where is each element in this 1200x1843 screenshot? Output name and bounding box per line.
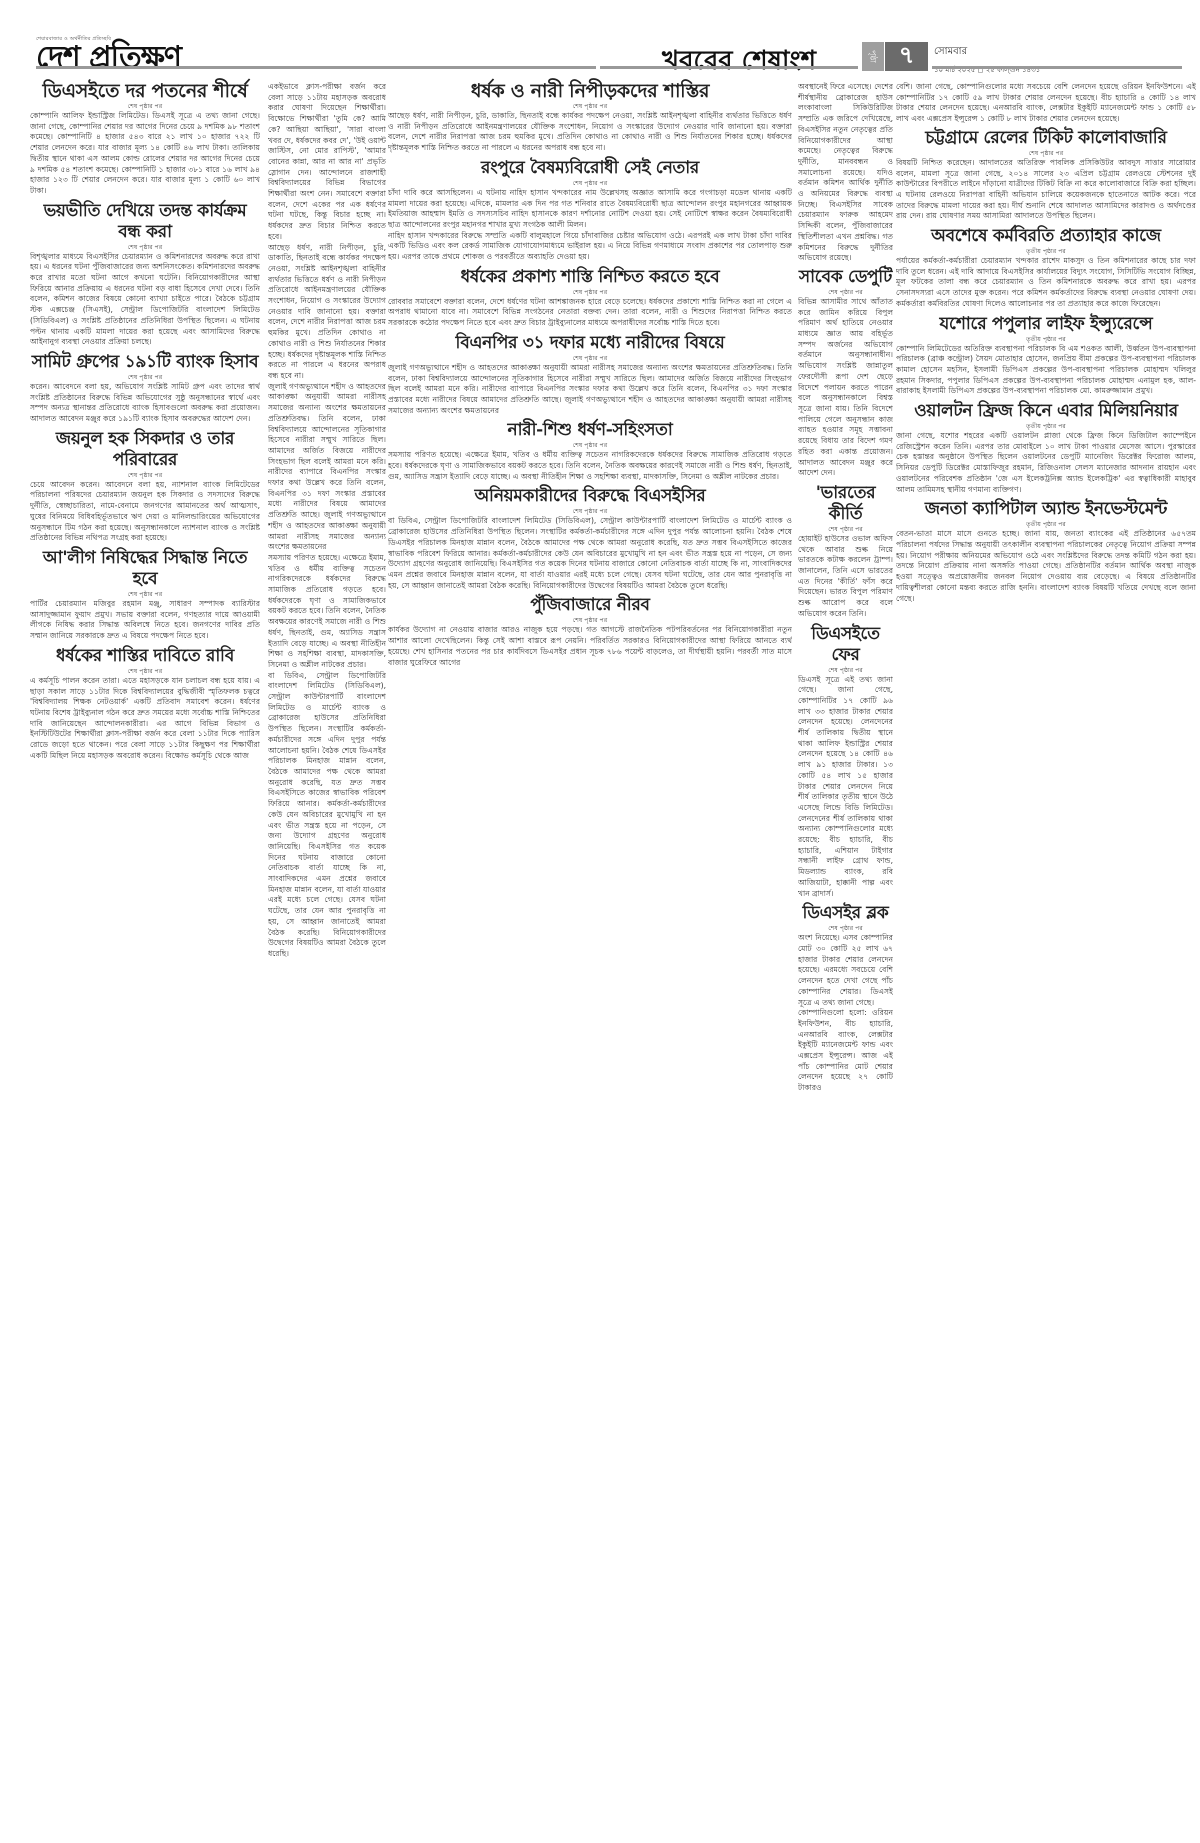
column-1: ডিএসইতে দর পতনের শীর্ষে শেষ পৃষ্ঠার পর ক…: [30, 78, 260, 1843]
article-employees-return[interactable]: অবশেষে কর্মবিরতি প্রত্যাহার কাজে তৃতীয় …: [896, 226, 1196, 310]
article-rapist-public-punishment[interactable]: ধর্ষকের প্রকাশ্য শাস্তি নিশ্চিত করতে হবে…: [388, 267, 792, 329]
article-body: জুলাই গণঅভ্যুত্থানে শহীদ ও আহতদের আকাঙ্ক…: [388, 363, 792, 417]
continued-label: শেষ পৃষ্ঠার পর: [388, 441, 792, 450]
article-body: পার্টির চেয়ারম্যান মজিবুর রহমান মঞ্জু, …: [30, 599, 260, 642]
continued-label: শেষ পৃষ্ঠার পর: [388, 288, 792, 297]
dateline: সোমবার ১০ মার্চ ২০২৫ ◻ ২৫ ফাল্গুন ১৪৩১: [934, 44, 1040, 76]
article-paragraph: অংশ নিয়েছে। এসব কোম্পানির মোট ৩০ কোটি ২…: [798, 933, 893, 1008]
column-3: ধর্ষক ও নারী নিপীড়কদের শাস্তির শেষ পৃষ্…: [388, 78, 792, 1843]
article-former-deputy[interactable]: সাবেক ডেপুটি শেষ পৃষ্ঠার পর বিভিন্ন আসাম…: [798, 267, 893, 479]
article-body: বিভিন্ন আসামীর সাথে আঁতাত করে জামিন করিয…: [798, 297, 893, 479]
article-dse-again[interactable]: ডিএসইতে ফের শেষ পৃষ্ঠার পর ডিএসই সূত্রে …: [798, 624, 893, 900]
continued-label: তৃতীয় পৃষ্ঠার পর: [896, 335, 1196, 344]
continued-label: শেষ পৃষ্ঠার পর: [30, 667, 260, 676]
article-summit-bank[interactable]: সামিট গ্রুপের ১৯১টি ব্যাংক হিসাব শেষ পৃষ…: [30, 352, 260, 425]
article-body: রোববার সমাবেশে বক্তারা বলেন, দেশে ধর্ষণে…: [388, 297, 792, 329]
headline[interactable]: ডিএসইতে দর পতনের শীর্ষে: [30, 81, 260, 102]
masthead-rule-right: [932, 66, 1182, 69]
headline[interactable]: জনতা ক্যাপিটাল অ্যান্ড ইনভেস্টমেন্ট: [896, 499, 1196, 520]
headline[interactable]: ধর্ষকের প্রকাশ্য শাস্তি নিশ্চিত করতে হবে: [388, 267, 792, 288]
article-body: জানা গেছে, যশোর শহরের একটি ওয়ালটন প্লাজ…: [896, 431, 1196, 495]
article-body: কোম্পানি লিমিটেডের অতিরিক্ত ব্যবস্থাপনা …: [896, 344, 1196, 398]
article-body: কোম্পানি আলিফ ইন্ডাস্ট্রিজ লিমিটেড। ডিএস…: [30, 111, 260, 197]
article-walton-fridge[interactable]: ওয়ালটন ফ্রিজ কিনে এবার মিলিয়নিয়ার তৃত…: [896, 401, 1196, 495]
article-paragraph: কোম্পানিগুলো হলো: ওরিয়ন ইনফিউশন, বীচ হ্…: [798, 1008, 893, 1094]
headline[interactable]: ধর্ষকের শাস্তির দাবিতে রাবি: [30, 646, 260, 667]
headline[interactable]: যশোরে পপুলার লাইফ ইন্স্যুরেন্সে: [896, 314, 1196, 335]
article-janata-capital[interactable]: জনতা ক্যাপিটাল অ্যান্ড ইনভেস্টমেন্ট তৃতী…: [896, 499, 1196, 604]
article-ctg-ticket[interactable]: চট্টগ্রামে রেলের টিকিট কালোবাজারি শেষ পৃ…: [896, 128, 1196, 222]
article-rangpur-leader[interactable]: রংপুরে বৈষম্যবিরোধী সেই নেতার শেষ পৃষ্ঠা…: [388, 158, 792, 263]
headline[interactable]: অবশেষে কর্মবিরতি প্রত্যাহার কাজে: [896, 226, 1196, 247]
article-paragraph: নাহিদ হাসান খন্দকারের বিরুদ্ধে সম্প্রতি …: [388, 231, 792, 263]
headline[interactable]: জয়নুল হক সিকদার ও তার পরিবারের: [30, 429, 260, 471]
article-body: করেন। আবেদনে বলা হয়, অভিযোগ সংশ্লিষ্ট স…: [30, 382, 260, 425]
article-body: বিষয়টি নিশ্চিত করেছেন। আদালতের অতিরিক্ত…: [896, 158, 1196, 222]
headline[interactable]: রংপুরে বৈষম্যবিরোধী সেই নেতার: [388, 158, 792, 179]
article-body: কার্যকর উদ্যোগ না নেওয়ায় বাজার আরও নাজ…: [388, 625, 792, 668]
article-women-child-rape[interactable]: নারী-শিশু ধর্ষণ-সহিংসতা শেষ পৃষ্ঠার পর স…: [388, 420, 792, 482]
article-rapist-demand[interactable]: ধর্ষকের শাস্তির দাবিতে রাবি শেষ পৃষ্ঠার …: [30, 646, 260, 762]
headline[interactable]: ভয়ভীতি দেখিয়ে তদন্ত কার্যক্রম বন্ধ করা: [30, 201, 260, 243]
article-body: আছেড় ধর্ষণ, নারী নিপীড়ন, চুরি, ডাকাতি,…: [388, 111, 792, 154]
continued-label: শেষ পৃষ্ঠার পর: [798, 924, 893, 933]
continued-label: তৃতীয় পৃষ্ঠার পর: [896, 520, 1196, 529]
continued-label: তৃতীয় পৃষ্ঠার পর: [896, 247, 1196, 256]
article-body: ডিএসই সূত্রে এই তথ্য জানা গেছে। জানা গেছ…: [798, 675, 893, 900]
page-number: ৭: [885, 42, 928, 71]
continued-label: শেষ পৃষ্ঠার পর: [30, 373, 260, 382]
article-body-continuation: একইভাবে ক্লাস-পরীক্ষা বর্জন করে বেলা সাড…: [268, 82, 386, 243]
masthead-rule-left: [36, 66, 596, 69]
headline[interactable]: সামিট গ্রুপের ১৯১টি ব্যাংক হিসাব: [30, 352, 260, 373]
article-body: বেতন-ভাতা মাসে মাসে গুনতে হচ্ছে। জানা যা…: [896, 529, 1196, 604]
headline[interactable]: নারী-শিশু ধর্ষণ-সহিংসতা: [388, 420, 792, 441]
continued-label: শেষ পৃষ্ঠার পর: [388, 179, 792, 188]
article-body: চাঁদা দাবি করে আসছিলেন। এ ঘটনায় নাহিদ হ…: [388, 188, 792, 263]
article-rapist-punishment[interactable]: ধর্ষক ও নারী নিপীড়কদের শাস্তির শেষ পৃষ্…: [388, 81, 792, 154]
masthead: শেয়ারবাজার ও অর্থনীতির প্রতিচ্ছবি দেশ প…: [0, 0, 1200, 72]
continued-label: শেষ পৃষ্ঠার পর: [798, 288, 893, 297]
column-5: বেশি। জানা গেছে, কোম্পানিগুলোর মধ্যে সবচ…: [896, 82, 1196, 1843]
article-paragraph: চাঁদা দাবি করে আসছিলেন। এ ঘটনায় নাহিদ হ…: [388, 188, 792, 231]
continued-label: শেষ পৃষ্ঠার পর: [798, 666, 893, 675]
article-dse-block[interactable]: ডিএসইর ব্লক শেষ পৃষ্ঠার পর অংশ নিয়েছে। …: [798, 903, 893, 1094]
continued-label: তৃতীয় পৃষ্ঠার পর: [896, 422, 1196, 431]
masthead-rule-mid: [600, 66, 858, 69]
headline[interactable]: পুঁজিবাজারে নীরব: [388, 595, 792, 616]
headline[interactable]: বিএনপির ৩১ দফার মধ্যে নারীদের বিষয়ে: [388, 333, 792, 354]
continued-label: শেষ পৃষ্ঠার পর: [798, 525, 893, 534]
article-body-continuation: বেশি। জানা গেছে, কোম্পানিগুলোর মধ্যে সবচ…: [896, 82, 1196, 125]
article-body-continuation: আছেড় ধর্ষণ, নারী নিপীড়ন, চুরি, ডাকাতি,…: [268, 243, 386, 382]
continued-label: শেষ পৃষ্ঠার পর: [896, 149, 1196, 158]
headline[interactable]: ধর্ষক ও নারী নিপীড়কদের শাস্তির: [388, 81, 792, 102]
article-body: বা ডিবিএ, সেন্ট্রাল ডিপোজিটরি বাংলাদেশ ল…: [388, 516, 792, 591]
continued-label: শেষ পৃষ্ঠার পর: [30, 102, 260, 111]
continued-label: শেষ পৃষ্ঠার পর: [30, 590, 260, 599]
article-fear-investigation[interactable]: ভয়ভীতি দেখিয়ে তদন্ত কার্যক্রম বন্ধ করা…: [30, 201, 260, 348]
headline[interactable]: চট্টগ্রামে রেলের টিকিট কালোবাজারি: [896, 128, 1196, 149]
headline[interactable]: 'ভারতের কীর্তি: [798, 483, 893, 525]
continued-label: শেষ পৃষ্ঠার পর: [30, 471, 260, 480]
column-4: অবস্থানেই ফিরে এসেছে। দেশের শীর্ষস্থানীয…: [798, 82, 893, 1843]
article-body: অংশ নিয়েছে। এসব কোম্পানির মোট ৩০ কোটি ২…: [798, 933, 893, 1094]
article-body-continuation: জুলাই গণঅভ্যুত্থানে শহীদ ও আহতদের আকাঙ্ক…: [268, 382, 386, 553]
headline[interactable]: অনিয়মকারীদের বিরুদ্ধে বিএসইসির: [388, 486, 792, 507]
article-india-deeds[interactable]: 'ভারতের কীর্তি শেষ পৃষ্ঠার পর হোয়াইট হা…: [798, 483, 893, 620]
article-body: এ কর্মসূচি পালন করেন তারা। এতে মহাসড়কে …: [30, 676, 260, 762]
page-label: পৃষ্ঠা: [862, 42, 884, 71]
article-body: সমস্যায় পরিণত হয়েছে। এক্ষেত্রে ইমাম, খ…: [388, 450, 792, 482]
column-2: একইভাবে ক্লাস-পরীক্ষা বর্জন করে বেলা সাড…: [268, 82, 386, 1843]
headline[interactable]: ডিএসইর ব্লক: [798, 903, 893, 924]
article-body: পর্যায়ের কর্মকর্তা-কর্মচারীরা চেয়ারম্য…: [896, 256, 1196, 310]
article-bnp-31-points[interactable]: বিএনপির ৩১ দফার মধ্যে নারীদের বিষয়ে শেষ…: [388, 333, 792, 417]
dateline-day: সোমবার: [934, 44, 1040, 61]
headline[interactable]: সাবেক ডেপুটি: [798, 267, 893, 288]
article-body: হোয়াইট হাউসের ওভাল অফিস থেকে আবার শুল্ক…: [798, 534, 893, 620]
article-popular-life[interactable]: যশোরে পপুলার লাইফ ইন্স্যুরেন্সে তৃতীয় প…: [896, 314, 1196, 398]
continued-label: শেষ পৃষ্ঠার পর: [30, 243, 260, 252]
article-body-continuation: বা ডিবিএ, সেন্ট্রাল ডিপোজিটরি বাংলাদেশ ল…: [268, 671, 386, 960]
article-body-continuation: অবস্থানেই ফিরে এসেছে। দেশের শীর্ষস্থানীয…: [798, 82, 893, 264]
article-bsec-irregular[interactable]: অনিয়মকারীদের বিরুদ্ধে বিএসইসির শেষ পৃষ্…: [388, 486, 792, 591]
article-body: বিশৃঙ্খলার মাধ্যমে বিএসইসির চেয়ারম্যান …: [30, 252, 260, 348]
article-joynul-haque[interactable]: জয়নুল হক সিকদার ও তার পরিবারের শেষ পৃষ্…: [30, 429, 260, 544]
article-dse-decline[interactable]: ডিএসইতে দর পতনের শীর্ষে শেষ পৃষ্ঠার পর ক…: [30, 81, 260, 197]
continued-label: শেষ পৃষ্ঠার পর: [388, 354, 792, 363]
headline[interactable]: আ'লীগ নিষিদ্ধের সিদ্ধান্ত নিতে হবে: [30, 548, 260, 590]
article-body: চেয়ে আবেদন করেন। আবেদনে বলা হয়, ন্যাশন…: [30, 480, 260, 544]
headline[interactable]: ওয়ালটন ফ্রিজ কিনে এবার মিলিয়নিয়ার: [896, 401, 1196, 422]
article-capital-market-silent[interactable]: পুঁজিবাজারে নীরব শেষ পৃষ্ঠার পর কার্যকর …: [388, 595, 792, 668]
article-body-continuation: সমস্যায় পরিণত হয়েছে। এক্ষেত্রে ইমাম, খ…: [268, 553, 386, 671]
continued-label: শেষ পৃষ্ঠার পর: [388, 102, 792, 111]
headline[interactable]: ডিএসইতে ফের: [798, 624, 893, 666]
article-awami-ban[interactable]: আ'লীগ নিষিদ্ধের সিদ্ধান্ত নিতে হবে শেষ প…: [30, 548, 260, 642]
